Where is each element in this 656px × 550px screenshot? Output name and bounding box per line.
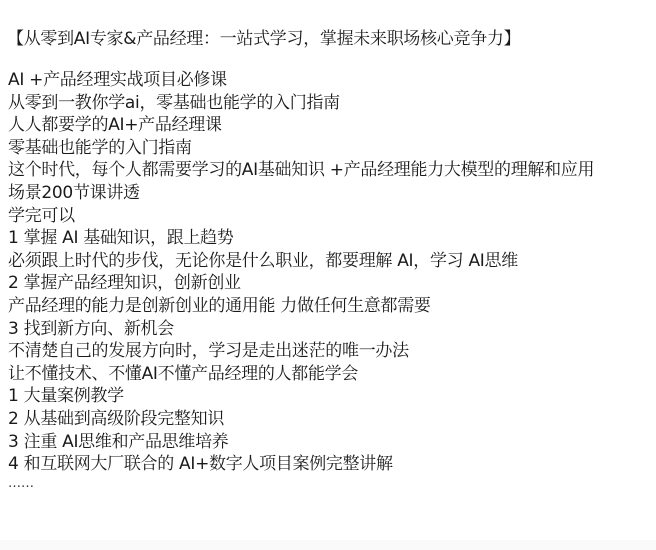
text-line: 必须跟上时代的步伐，无论你是什么职业，都要理解 AI，学习 AI思维	[8, 250, 594, 273]
text-line: 产品经理的能力是创新创业的通用能 力做任何生意都需要	[8, 295, 594, 318]
text-line: 从零到一教你学ai，零基础也能学的入门指南	[8, 92, 594, 115]
text-line: 3 找到新方向、新机会	[8, 318, 594, 341]
text-line: 场景200节课讲透	[8, 182, 594, 205]
text-line: 不清楚自己的发展方向时，学习是走出迷茫的唯一办法	[8, 340, 594, 363]
text-line: 让不懂技术、不懂AI不懂产品经理的人都能学会	[8, 363, 594, 386]
text-line: 3 注重 AI思维和产品思维培养	[8, 431, 594, 454]
ellipsis-more: ……	[8, 476, 34, 492]
document-title: 【从零到AI专家&产品经理：一站式学习，掌握未来职场核心竞争力】	[7, 28, 520, 50]
text-line: 4 和互联网大厂联合的 AI+数字人项目案例完整讲解	[8, 453, 594, 476]
text-line: 1 掌握 AI 基础知识，跟上趋势	[8, 227, 594, 250]
footer-strip	[0, 540, 656, 550]
text-line: AI +产品经理实战项目必修课	[8, 69, 594, 92]
text-line: 学完可以	[8, 205, 594, 228]
document-body: AI +产品经理实战项目必修课 从零到一教你学ai，零基础也能学的入门指南 人人…	[8, 69, 594, 476]
text-line: 人人都要学的AI+产品经理课	[8, 114, 594, 137]
document-page: 【从零到AI专家&产品经理：一站式学习，掌握未来职场核心竞争力】 AI +产品经…	[0, 0, 656, 550]
text-line: 2 掌握产品经理知识，创新创业	[8, 272, 594, 295]
text-line: 这个时代，每个人都需要学习的AI基础知识 +产品经理能力大模型的理解和应用	[8, 159, 594, 182]
text-line: 2 从基础到高级阶段完整知识	[8, 408, 594, 431]
text-line: 零基础也能学的入门指南	[8, 137, 594, 160]
text-line: 1 大量案例教学	[8, 385, 594, 408]
